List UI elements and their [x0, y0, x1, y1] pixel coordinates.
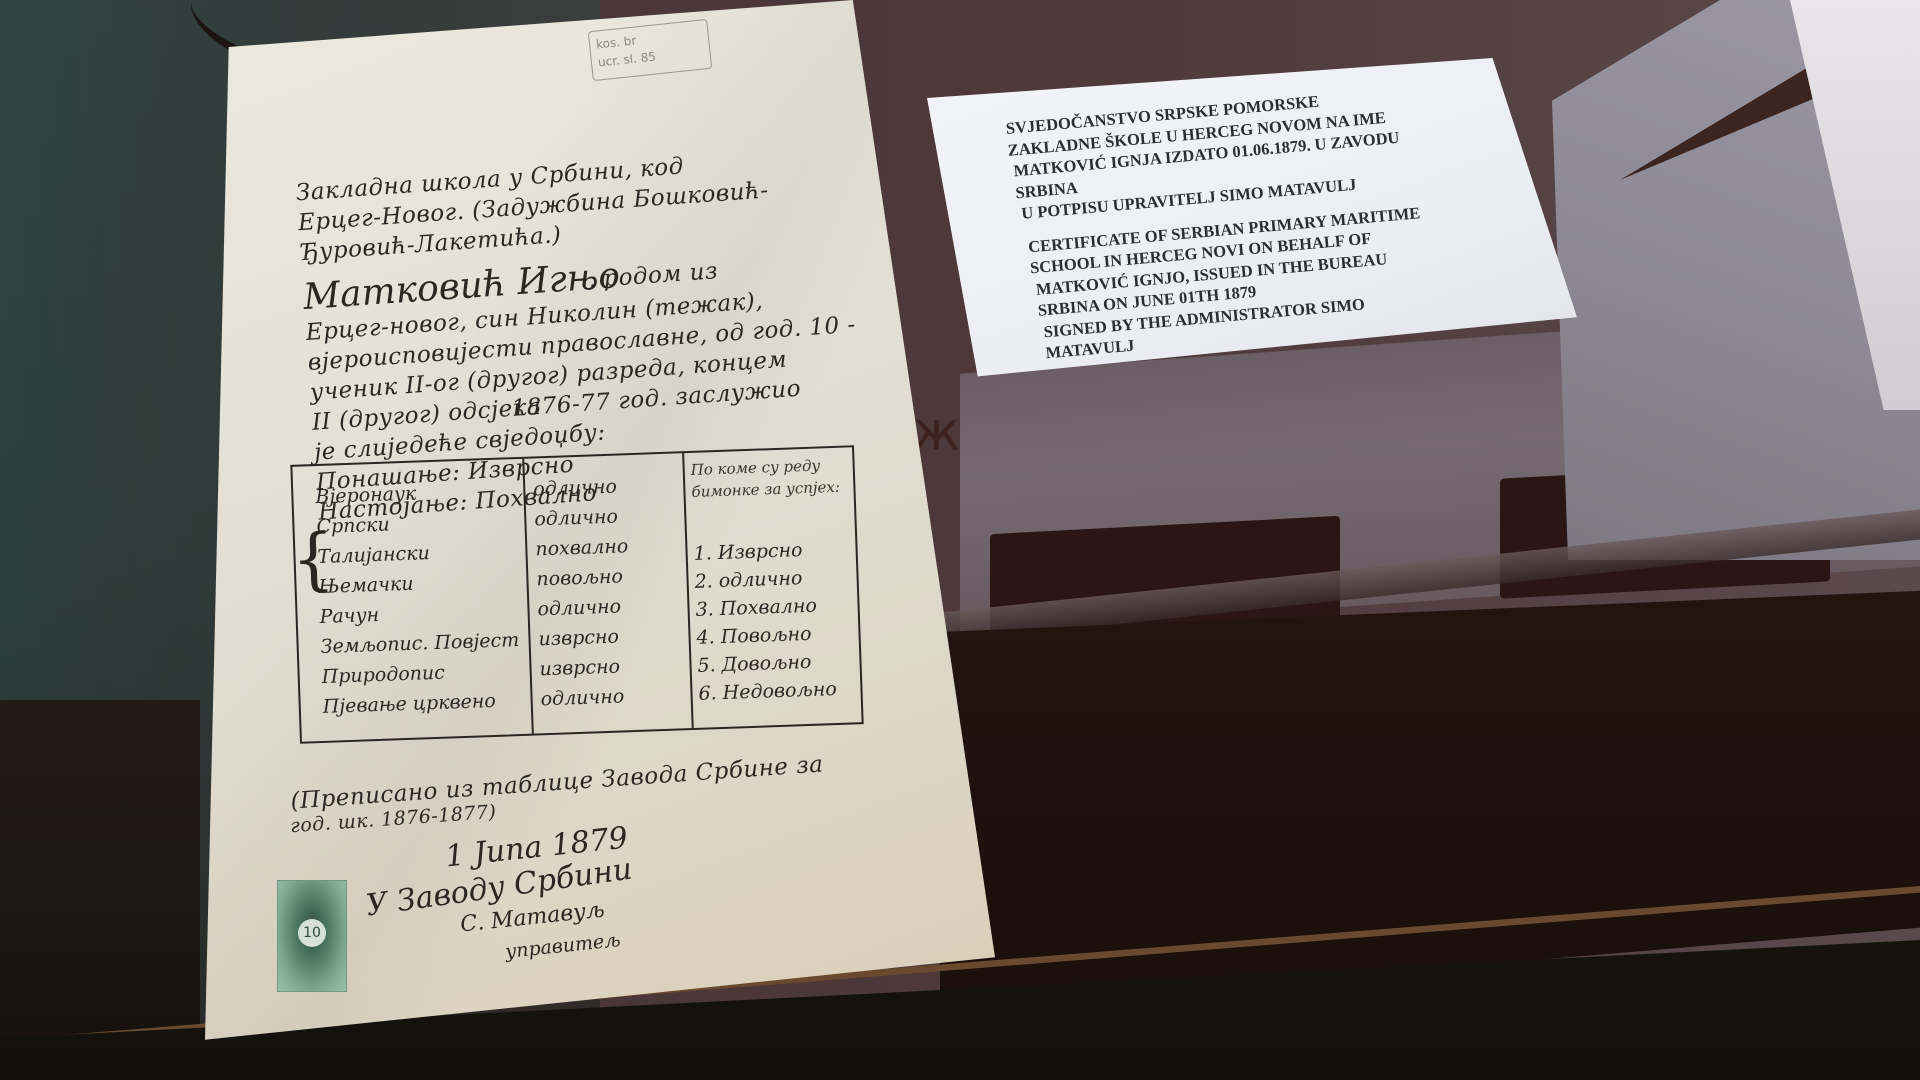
scale-cell: 5. Довољно [697, 651, 812, 677]
subject-brace: { [290, 519, 336, 599]
grade-cell: одлично [540, 685, 624, 710]
grade-cell: повољно [536, 565, 623, 590]
case-corner-shadow [0, 700, 200, 1080]
grades-table: ВјеронаукСрпскиТалијанскиЊемачкиРачунЗем… [290, 445, 863, 744]
stamp-value: 10 [298, 919, 326, 947]
scale-cell: 6. Недовољно [698, 678, 837, 705]
subject-cell: Земљопис. Повјест [320, 629, 519, 658]
scale-cell: 1. Изврсно [693, 539, 803, 565]
revenue-stamp: 10 [277, 880, 347, 992]
scale-column: По коме су реду бимонке за успјех: 1. Из… [682, 447, 861, 728]
scale-header: По коме су реду бимонке за успјех: [690, 453, 851, 503]
subject-cell: Вјеронаук [315, 483, 417, 509]
scale-cell: 3. Похвално [695, 595, 817, 621]
subjects-column: ВјеронаукСрпскиТалијанскиЊемачкиРачунЗем… [292, 459, 533, 742]
subject-cell: Природопис [321, 662, 445, 688]
scale-cell: 2. одлично [694, 567, 802, 593]
grade-cell: одлично [534, 506, 618, 531]
grade-cell: изврсно [539, 656, 620, 681]
subject-cell: Рачун [319, 604, 379, 628]
grade-cell: одлично [537, 595, 621, 620]
scale-cell: 4. Повољно [696, 623, 812, 649]
grade-cell: изврсно [538, 626, 619, 651]
grade-cell: одлично [533, 476, 617, 501]
label-text: SVJEDOČANSTVO SRPSKE POMORSKE ZAKLADNE Š… [1005, 83, 1430, 366]
grades-column: одличноодличнопохвалноповољноодличноизвр… [522, 453, 693, 733]
grade-cell: похвално [535, 535, 629, 560]
display-case-photo: ж kos. br ucr. sl. 85 Закладна школа у С… [0, 0, 1920, 1080]
subject-cell: Пјевање црквено [322, 690, 496, 718]
